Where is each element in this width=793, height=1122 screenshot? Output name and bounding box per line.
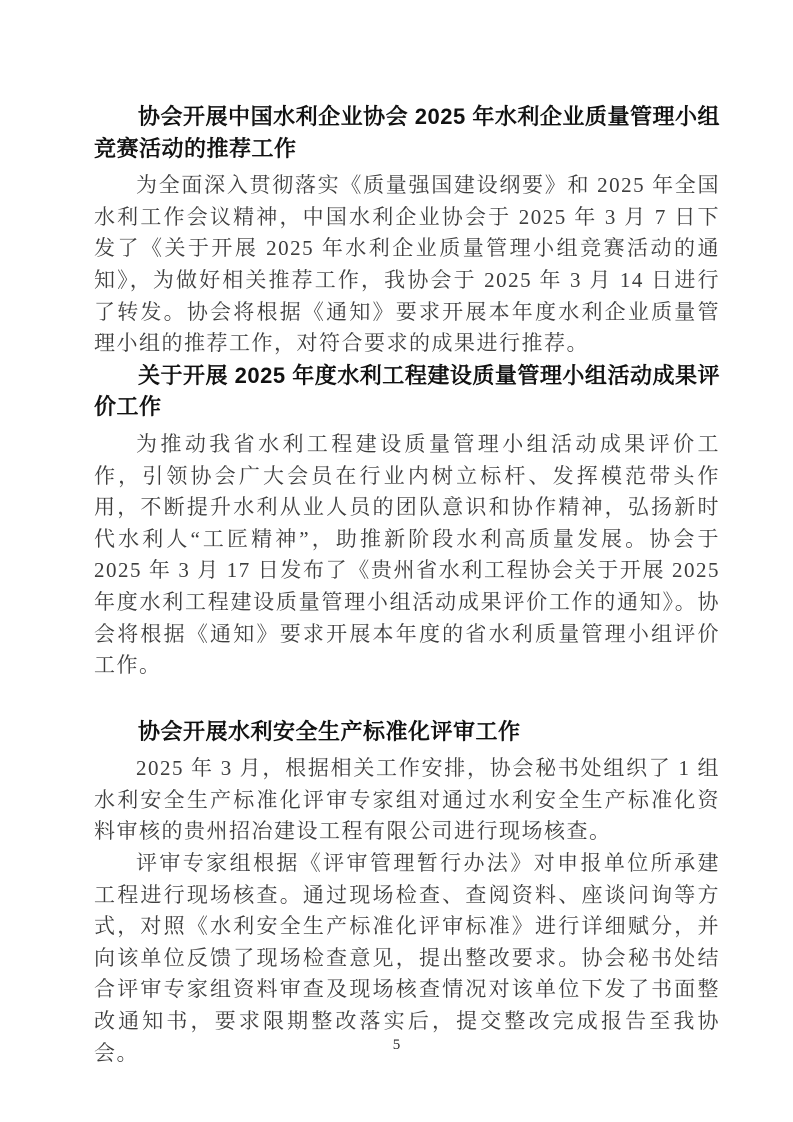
section-heading: 协会开展中国水利企业协会 2025 年水利企业质量管理小组竞赛活动的推荐工作 [94,101,720,164]
section-quality-group-competition: 协会开展中国水利企业协会 2025 年水利企业质量管理小组竞赛活动的推荐工作 为… [94,101,720,360]
section-heading: 关于开展 2025 年度水利工程建设质量管理小组活动成果评价工作 [94,360,720,423]
page-footer: 5 [0,1036,793,1054]
section-paragraph: 为全面深入贯彻落实《质量强国建设纲要》和 2025 年全国水利工作会议精神，中国… [94,170,720,360]
section-safety-standardization-review: 协会开展水利安全生产标准化评审工作 2025 年 3 月，根据相关工作安排，协会… [94,716,720,1070]
section-paragraph: 2025 年 3 月，根据相关工作安排，协会秘书处组织了 1 组水利安全生产标准… [94,753,720,848]
page-number: 5 [393,1037,401,1053]
section-heading: 协会开展水利安全生产标准化评审工作 [94,716,720,748]
document-page: 协会开展中国水利企业协会 2025 年水利企业质量管理小组竞赛活动的推荐工作 为… [0,0,793,1122]
section-paragraph: 为推动我省水利工程建设质量管理小组活动成果评价工作，引领协会广大会员在行业内树立… [94,429,720,682]
section-quality-group-evaluation: 关于开展 2025 年度水利工程建设质量管理小组活动成果评价工作 为推动我省水利… [94,360,720,682]
